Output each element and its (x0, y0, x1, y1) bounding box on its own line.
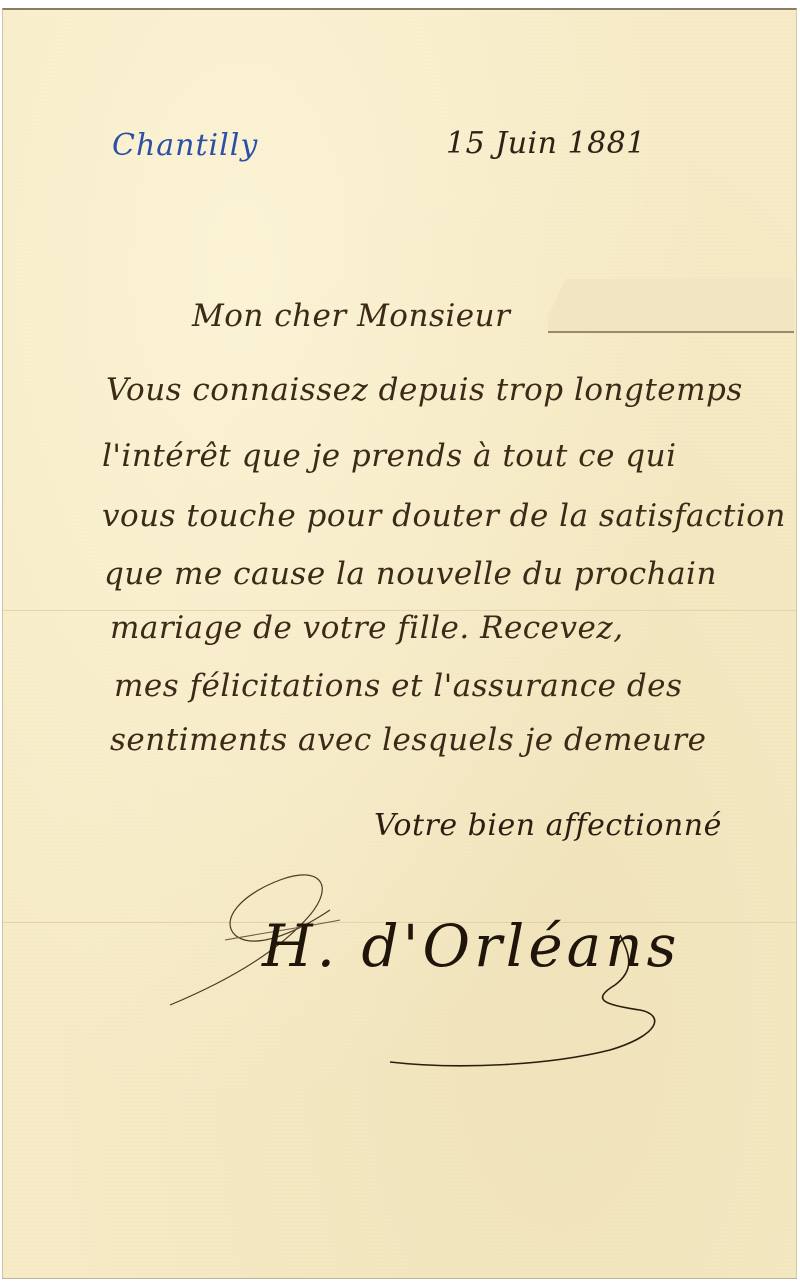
body-line: l'intérêt que je prends à tout ce qui (102, 438, 677, 474)
closing: Votre bien affectionné (374, 808, 722, 843)
body-line: sentiments avec lesquels je demeure (110, 722, 706, 758)
redaction-patch (548, 279, 794, 333)
body-line: Vous connaissez depuis trop longtemps (106, 372, 743, 408)
body-line: mes félicitations et l'assurance des (114, 668, 682, 704)
body-line: que me cause la nouvelle du prochain (104, 556, 717, 592)
body-line: vous touche pour douter de la satisfacti… (102, 498, 786, 534)
letter-date: 15 Juin 1881 (446, 126, 646, 161)
body-line: mariage de votre fille. Recevez, (110, 610, 624, 646)
signature: H. d'Orléans (262, 912, 680, 980)
letterhead-place: Chantilly (112, 128, 258, 163)
salutation: Mon cher Monsieur (192, 298, 510, 334)
